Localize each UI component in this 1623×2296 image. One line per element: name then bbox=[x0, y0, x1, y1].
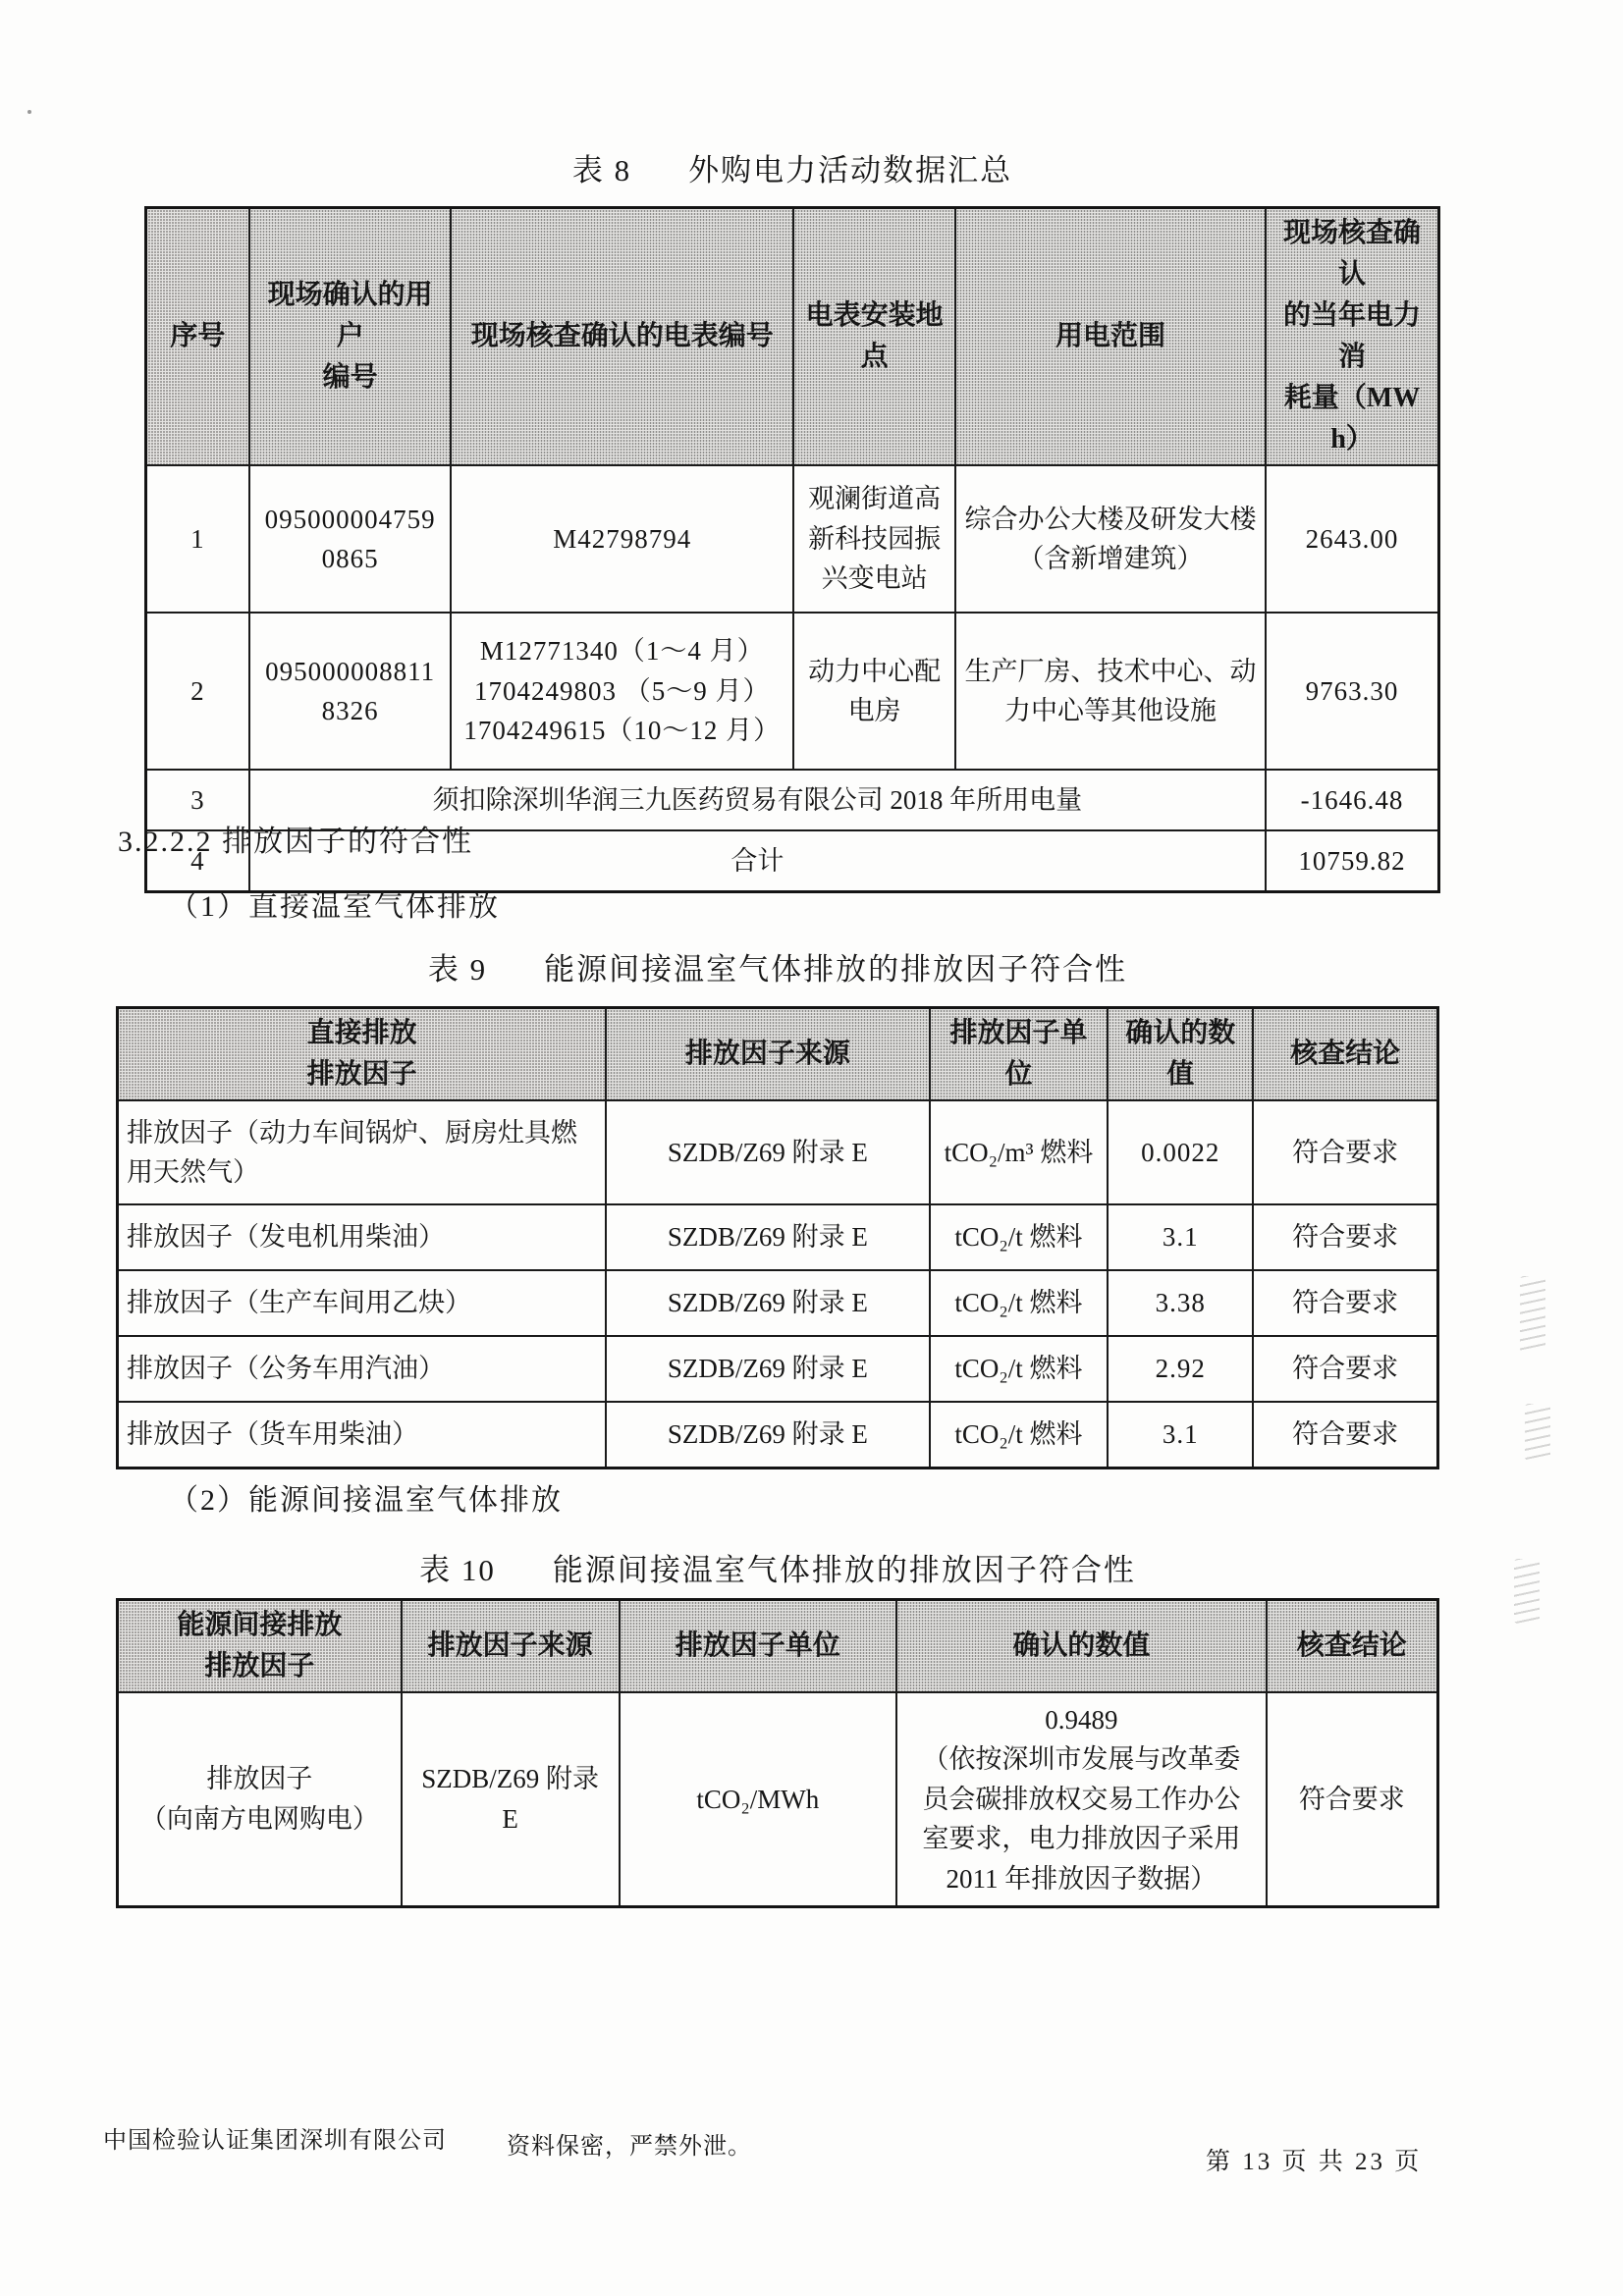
table8-r2-meter-no: M12771340（1～4 月） 1704249803 （5～9 月） 1704… bbox=[451, 613, 793, 770]
table8-r1-location: 观澜街道高新科技园振兴变电站 bbox=[793, 465, 955, 613]
table9-r4-conclusion: 符合要求 bbox=[1253, 1336, 1437, 1402]
table9-header-source: 排放因子来源 bbox=[606, 1008, 930, 1101]
table10-r1-value: 0.9489 （依按深圳市发展与改革委 员会碳排放权交易工作办公 室要求，电力排… bbox=[896, 1692, 1267, 1906]
table8-header-row: 序号 现场确认的用户 编号 现场核查确认的电表编号 电表安装地点 用电范围 现场… bbox=[146, 208, 1439, 466]
table9-r2-source: SZDB/Z69 附录 E bbox=[606, 1204, 930, 1270]
section-heading: 3.2.2.2 排放因子的符合性 bbox=[118, 817, 473, 860]
table10-r1-unit: tCO₂/MWh bbox=[620, 1692, 896, 1906]
table9-r2-value: 3.1 bbox=[1108, 1204, 1253, 1270]
table9-title-label: 表 9 bbox=[428, 944, 487, 988]
table9-row-3: 排放因子（生产车间用乙炔） SZDB/Z69 附录 E tCO₂/t 燃料 3.… bbox=[118, 1270, 1438, 1336]
table8-title-label: 表 8 bbox=[572, 145, 631, 189]
table9-r3-factor: 排放因子（生产车间用乙炔） bbox=[118, 1270, 607, 1336]
table10-title-text: 能源间接温室气体排放的排放因子符合性 bbox=[553, 1545, 1136, 1589]
section-sub2: （2）能源间接温室气体排放 bbox=[169, 1475, 563, 1519]
table8-r2-mwh: 9763.30 bbox=[1266, 613, 1439, 770]
table10-r1-source: SZDB/Z69 附录 E bbox=[402, 1692, 620, 1906]
table9-r3-conclusion: 符合要求 bbox=[1253, 1270, 1437, 1336]
table8-r2-scope: 生产厂房、技术中心、动力中心等其他设施 bbox=[955, 613, 1266, 770]
table9-row-2: 排放因子（发电机用柴油） SZDB/Z69 附录 E tCO₂/t 燃料 3.1… bbox=[118, 1204, 1438, 1270]
scan-artifact-1 bbox=[1520, 1276, 1545, 1353]
table8-row-1: 1 0950000047590865 M42798794 观澜街道高新科技园振兴… bbox=[146, 465, 1439, 613]
table9-title-text: 能源间接温室气体排放的排放因子符合性 bbox=[544, 944, 1127, 988]
table10-title: 表 10 能源间接温室气体排放的排放因子符合性 bbox=[116, 1545, 1439, 1589]
table9-header-factor: 直接排放 排放因子 bbox=[118, 1008, 607, 1101]
table8-header-meter-no: 现场核查确认的电表编号 bbox=[451, 208, 793, 466]
table9-r5-conclusion: 符合要求 bbox=[1253, 1402, 1437, 1468]
table10-r1-conclusion: 符合要求 bbox=[1267, 1692, 1438, 1906]
table9-r5-factor: 排放因子（货车用柴油） bbox=[118, 1402, 607, 1468]
table10-r1-factor: 排放因子 （向南方电网购电） bbox=[118, 1692, 402, 1906]
section-sub1: （1）直接温室气体排放 bbox=[169, 881, 500, 925]
table8-r1-mwh: 2643.00 bbox=[1266, 465, 1439, 613]
scan-artifact-3 bbox=[1514, 1559, 1540, 1624]
table8-r3-mwh: -1646.48 bbox=[1266, 770, 1439, 830]
table8-container: 序号 现场确认的用户 编号 现场核查确认的电表编号 电表安装地点 用电范围 现场… bbox=[144, 206, 1440, 893]
table9-header-row: 直接排放 排放因子 排放因子来源 排放因子单位 确认的数值 核查结论 bbox=[118, 1008, 1438, 1101]
table8-header-user-no: 现场确认的用户 编号 bbox=[249, 208, 451, 466]
table10-container: 能源间接排放 排放因子 排放因子来源 排放因子单位 确认的数值 核查结论 排放因… bbox=[116, 1598, 1439, 1908]
table8-r2-user-no: 0950000088118326 bbox=[249, 613, 451, 770]
scan-artifact-dot bbox=[27, 110, 31, 114]
table9-r5-source: SZDB/Z69 附录 E bbox=[606, 1402, 930, 1468]
table8-r1-scope: 综合办公大楼及研发大楼（含新增建筑） bbox=[955, 465, 1266, 613]
table9-r4-unit: tCO₂/t 燃料 bbox=[930, 1336, 1109, 1402]
table9-r3-source: SZDB/Z69 附录 E bbox=[606, 1270, 930, 1336]
table8-header-location: 电表安装地点 bbox=[793, 208, 955, 466]
table9-r2-unit: tCO₂/t 燃料 bbox=[930, 1204, 1109, 1270]
table8-row-2: 2 0950000088118326 M12771340（1～4 月） 1704… bbox=[146, 613, 1439, 770]
table10-title-label: 表 10 bbox=[419, 1545, 496, 1589]
table10-row-1: 排放因子 （向南方电网购电） SZDB/Z69 附录 E tCO₂/MWh 0.… bbox=[118, 1692, 1438, 1906]
table9-r1-value: 0.0022 bbox=[1108, 1100, 1253, 1204]
table9-r2-conclusion: 符合要求 bbox=[1253, 1204, 1437, 1270]
table8-title: 表 8 外购电力活动数据汇总 bbox=[144, 145, 1440, 189]
table9-r3-value: 3.38 bbox=[1108, 1270, 1253, 1336]
table10-header-factor: 能源间接排放 排放因子 bbox=[118, 1600, 402, 1693]
table9-title: 表 9 能源间接温室气体排放的排放因子符合性 bbox=[116, 944, 1439, 988]
table10-header-unit: 排放因子单位 bbox=[620, 1600, 896, 1693]
footer-page-info: 第 13 页 共 23 页 bbox=[1206, 2142, 1422, 2177]
table9: 直接排放 排放因子 排放因子来源 排放因子单位 确认的数值 核查结论 排放因子（… bbox=[116, 1006, 1439, 1469]
table9-r4-source: SZDB/Z69 附录 E bbox=[606, 1336, 930, 1402]
table9-r4-value: 2.92 bbox=[1108, 1336, 1253, 1402]
table9-r1-unit: tCO₂/m³ 燃料 bbox=[930, 1100, 1109, 1204]
table8-r2-location: 动力中心配电房 bbox=[793, 613, 955, 770]
footer-company: 中国检验认证集团深圳有限公司 bbox=[103, 2120, 447, 2155]
table9-r1-source: SZDB/Z69 附录 E bbox=[606, 1100, 930, 1204]
document-page: 表 8 外购电力活动数据汇总 序号 现场确认的用户 编号 现场核查确认的电表编号… bbox=[0, 0, 1623, 2296]
table10-header-conclusion: 核查结论 bbox=[1267, 1600, 1438, 1693]
table8-header-scope: 用电范围 bbox=[955, 208, 1266, 466]
table8-r4-mwh: 10759.82 bbox=[1266, 830, 1439, 891]
table10: 能源间接排放 排放因子 排放因子来源 排放因子单位 确认的数值 核查结论 排放因… bbox=[116, 1598, 1439, 1908]
table9-r1-conclusion: 符合要求 bbox=[1253, 1100, 1437, 1204]
table8-r1-meter-no: M42798794 bbox=[451, 465, 793, 613]
table9-r1-factor: 排放因子（动力车间锅炉、厨房灶具燃用天然气） bbox=[118, 1100, 607, 1204]
table9-header-value: 确认的数值 bbox=[1108, 1008, 1253, 1101]
table9-container: 直接排放 排放因子 排放因子来源 排放因子单位 确认的数值 核查结论 排放因子（… bbox=[116, 1006, 1439, 1469]
table8: 序号 现场确认的用户 编号 现场核查确认的电表编号 电表安装地点 用电范围 现场… bbox=[144, 206, 1440, 893]
table9-header-conclusion: 核查结论 bbox=[1253, 1008, 1437, 1101]
table8-header-seq: 序号 bbox=[146, 208, 249, 466]
table9-row-1: 排放因子（动力车间锅炉、厨房灶具燃用天然气） SZDB/Z69 附录 E tCO… bbox=[118, 1100, 1438, 1204]
table8-title-text: 外购电力活动数据汇总 bbox=[688, 145, 1012, 189]
table8-r1-seq: 1 bbox=[146, 465, 249, 613]
table9-r3-unit: tCO₂/t 燃料 bbox=[930, 1270, 1109, 1336]
table9-header-unit: 排放因子单位 bbox=[930, 1008, 1109, 1101]
table9-r4-factor: 排放因子（公务车用汽油） bbox=[118, 1336, 607, 1402]
scan-artifact-2 bbox=[1525, 1404, 1550, 1461]
table9-r2-factor: 排放因子（发电机用柴油） bbox=[118, 1204, 607, 1270]
footer-confidential: 资料保密，严禁外泄。 bbox=[507, 2126, 752, 2161]
table8-header-mwh: 现场核查确认 的当年电力消 耗量（MWh） bbox=[1266, 208, 1439, 466]
table9-r5-value: 3.1 bbox=[1108, 1402, 1253, 1468]
table10-header-value: 确认的数值 bbox=[896, 1600, 1267, 1693]
table10-header-row: 能源间接排放 排放因子 排放因子来源 排放因子单位 确认的数值 核查结论 bbox=[118, 1600, 1438, 1693]
table8-r2-seq: 2 bbox=[146, 613, 249, 770]
table9-row-5: 排放因子（货车用柴油） SZDB/Z69 附录 E tCO₂/t 燃料 3.1 … bbox=[118, 1402, 1438, 1468]
table8-r1-user-no: 0950000047590865 bbox=[249, 465, 451, 613]
table10-header-source: 排放因子来源 bbox=[402, 1600, 620, 1693]
table9-row-4: 排放因子（公务车用汽油） SZDB/Z69 附录 E tCO₂/t 燃料 2.9… bbox=[118, 1336, 1438, 1402]
table9-r5-unit: tCO₂/t 燃料 bbox=[930, 1402, 1109, 1468]
